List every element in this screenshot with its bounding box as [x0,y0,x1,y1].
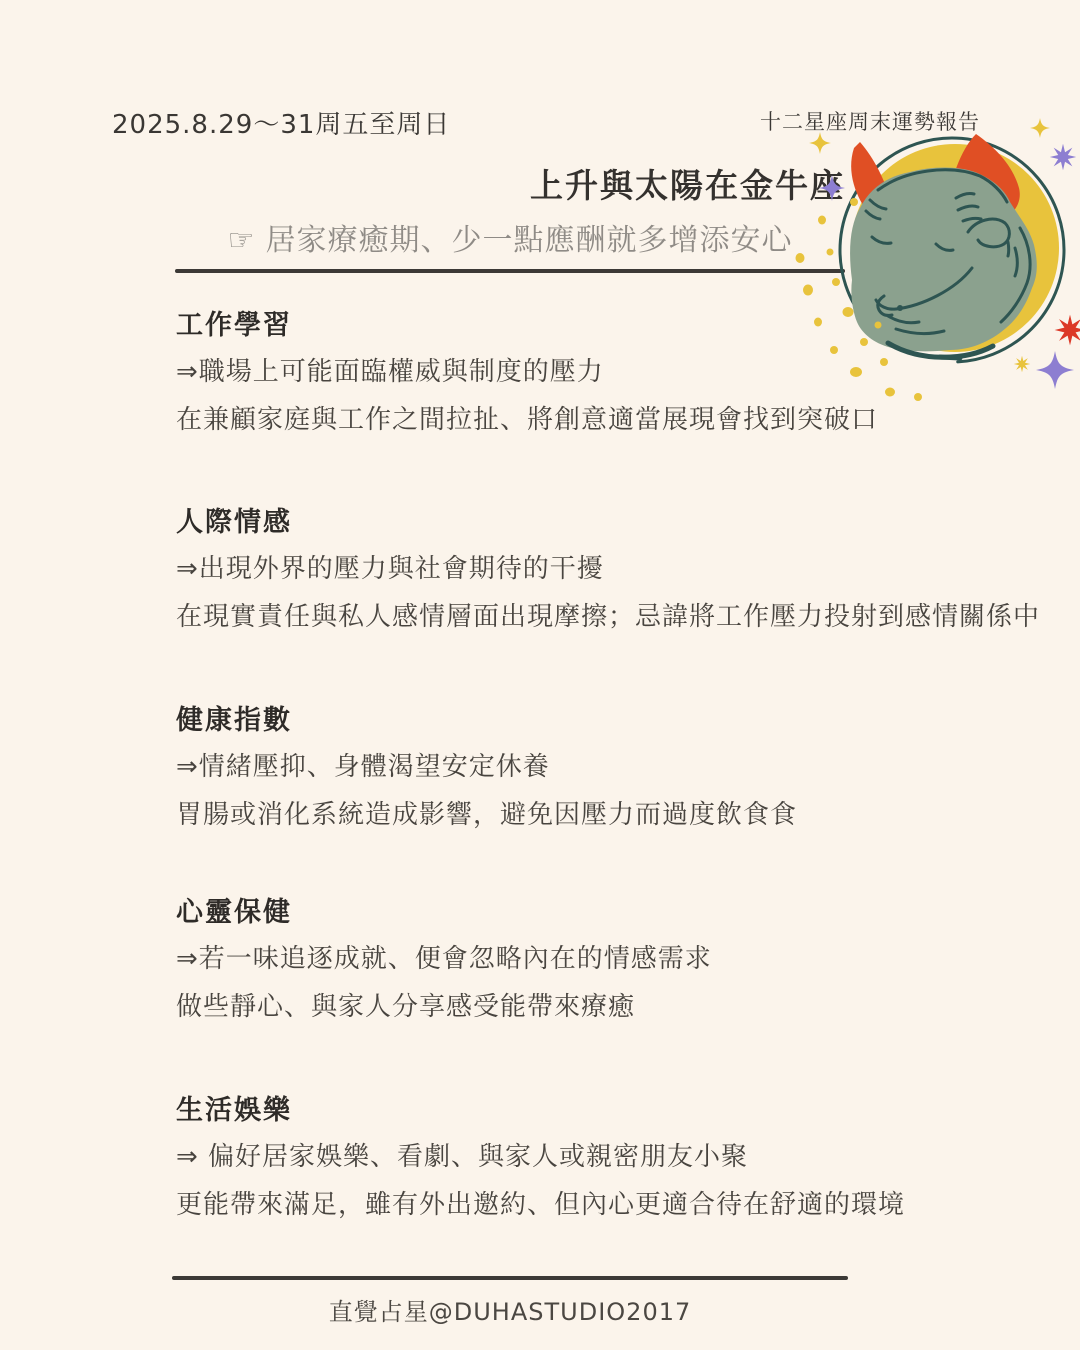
section-heading: 生活娛樂 [176,1088,1046,1127]
date-range: 2025.8.29～31周五至周日 [112,104,450,141]
horoscope-poster: 2025.8.29～31周五至周日 十二星座周末運勢報告 上升與太陽在金牛座 ☞… [0,0,1080,1350]
yellow-sparkle-icon [809,132,831,154]
section-health: 健康指數 ⇒情緒壓抑、身體渴望安定休養 胃腸或消化系統造成影響，避免因壓力而過度… [176,698,1046,849]
section-heading: 人際情感 [176,500,1046,539]
section-line: 在兼顧家庭與工作之間拉扯、將創意適當展現會找到突破口 [176,406,1046,436]
section-heading: 健康指數 [176,698,1046,737]
section-relationships: 人際情感 ⇒出現外界的壓力與社會期待的干擾 在現實責任與私人感情層面出現摩擦；忌… [176,500,1046,651]
face-vertical-line2 [1008,242,1009,256]
footer-divider [172,1276,848,1280]
yellow-sparkle-icon [1030,118,1050,138]
section-line: ⇒出現外界的壓力與社會期待的干擾 [176,555,1046,585]
purple-sparkle-icon [819,175,845,201]
section-line: ⇒情緒壓抑、身體渴望安定休養 [176,753,1046,783]
section-lifestyle: 生活娛樂 ⇒ 偏好居家娛樂、看劇、與家人或親密朋友小聚 更能帶來滿足，雖有外出邀… [176,1088,1046,1239]
subtitle-text: 居家療癒期、少一點應酬就多增添安心 [265,223,792,258]
red-burst-icon [1055,315,1080,346]
section-work-study: 工作學習 ⇒職場上可能面臨權威與制度的壓力 在兼顧家庭與工作之間拉扯、將創意適當… [176,303,1046,454]
section-line: 做些靜心、與家人分享感受能帶來療癒 [176,993,1046,1023]
section-mind-care: 心靈保健 ⇒若一味追逐成就、便會忽略內在的情感需求 做些靜心、與家人分享感受能帶… [176,890,1046,1041]
section-line: ⇒ 偏好居家娛樂、看劇、與家人或親密朋友小聚 [176,1143,1046,1173]
header: 上升與太陽在金牛座 ☞居家療癒期、少一點應酬就多增添安心 [175,160,845,273]
section-line: ⇒若一味追逐成就、便會忽略內在的情感需求 [176,945,1046,975]
section-heading: 工作學習 [176,303,1046,342]
purple-burst-icon [1050,144,1076,170]
section-heading: 心靈保健 [176,890,1046,929]
section-line: 更能帶來滿足，雖有外出邀約、但內心更適合待在舒適的環境 [176,1191,1046,1221]
subtitle: ☞居家療癒期、少一點應酬就多增添安心 [175,215,845,259]
section-line: 在現實責任與私人感情層面出現摩擦；忌諱將工作壓力投射到感情關係中 [176,603,1046,633]
section-line: 胃腸或消化系統造成影響，避免因壓力而過度飲食食 [176,801,1046,831]
page-title: 上升與太陽在金牛座 [175,160,845,207]
section-line: ⇒職場上可能面臨權威與制度的壓力 [176,358,1046,388]
footer-credit: 直覺占星@DUHASTUDIO2017 [172,1292,848,1327]
pointing-hand-icon: ☞ [228,223,256,258]
header-divider [175,269,845,273]
